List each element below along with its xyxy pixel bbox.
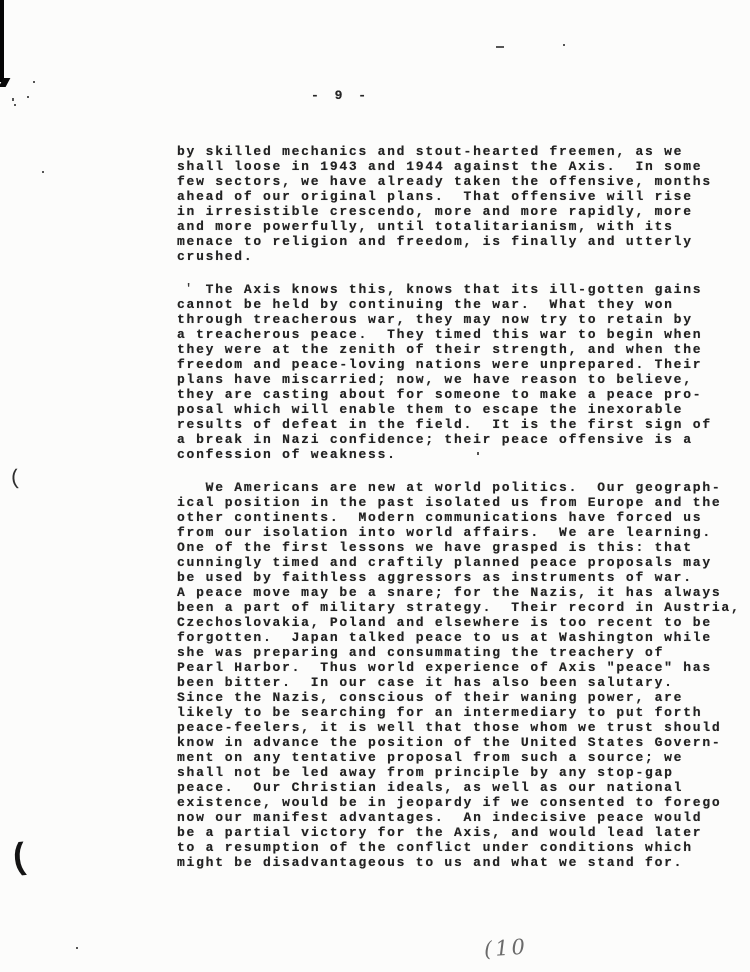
margin-paren-mark: ( [7, 837, 33, 880]
handwritten-annotation: (10 [483, 934, 528, 961]
paragraph-3: We Americans are new at world politics. … [177, 480, 750, 870]
stray-apostrophe-mark: ' [185, 282, 192, 296]
paragraph-2: The Axis knows this, knows that its ill-… [177, 282, 750, 462]
scan-speck [563, 44, 565, 46]
scan-edge-artifact [0, 0, 4, 82]
document-body: by skilled mechanics and stout-hearted f… [177, 144, 750, 888]
scan-speck [76, 947, 78, 949]
paragraph-1: by skilled mechanics and stout-hearted f… [177, 144, 750, 264]
scan-speck [496, 46, 504, 48]
scan-speck [33, 81, 35, 83]
margin-paren-mark: ( [8, 468, 22, 492]
scan-edge-artifact-tail [0, 78, 10, 87]
scan-speck [12, 98, 14, 101]
document-page: - 9 - by skilled mechanics and stout-hea… [0, 0, 750, 972]
scan-speck [14, 104, 16, 106]
scan-speck [42, 171, 44, 173]
page-number: - 9 - [311, 88, 370, 103]
scan-speck [27, 96, 29, 98]
scan-speck [477, 452, 479, 455]
